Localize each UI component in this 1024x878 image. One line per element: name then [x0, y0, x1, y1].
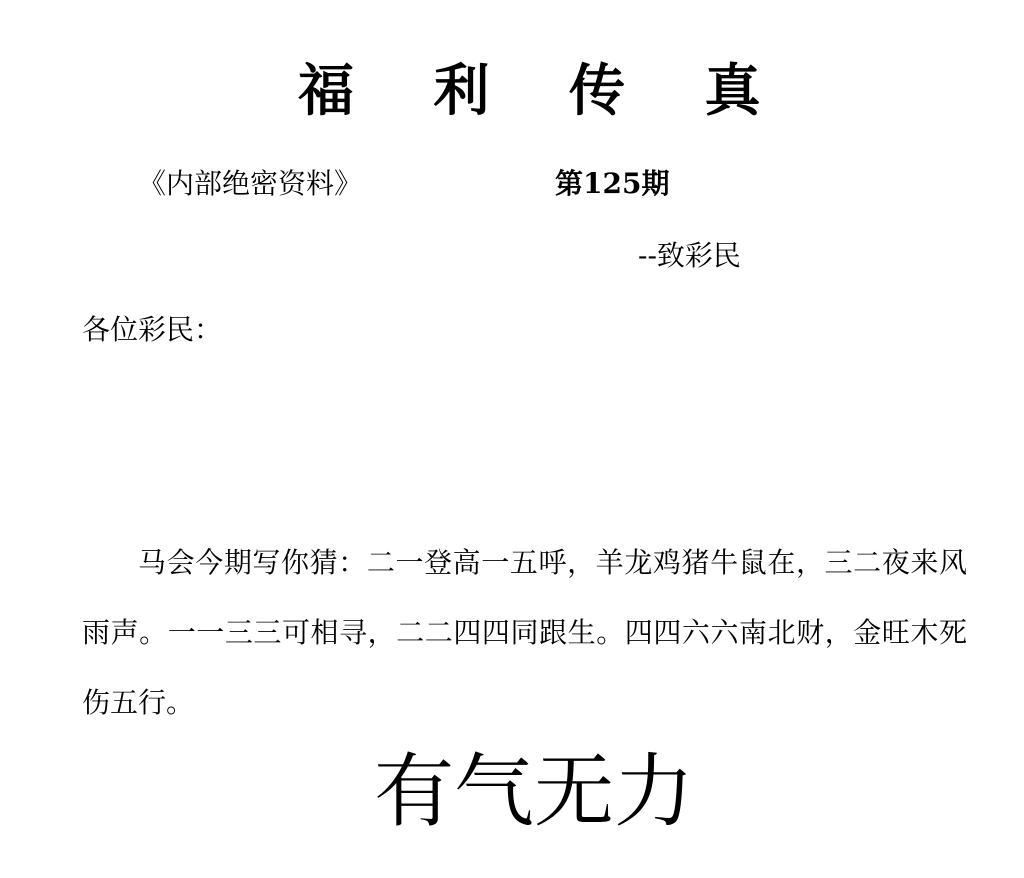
answer-text: 有气无力 [374, 742, 694, 842]
body-paragraph: 马会今期写你猜：二一登高一五呼，羊龙鸡猪牛鼠在，三二夜来风雨声。一一三三可相寻，… [82, 528, 967, 738]
recipient-line: --致彩民 [638, 236, 741, 276]
document-title: 福 利 传 真 [298, 52, 791, 132]
document-subtitle: 《内部绝密资料》 [138, 164, 362, 204]
greeting: 各位彩民： [82, 310, 222, 350]
issue-number: 第125期 [555, 164, 669, 204]
